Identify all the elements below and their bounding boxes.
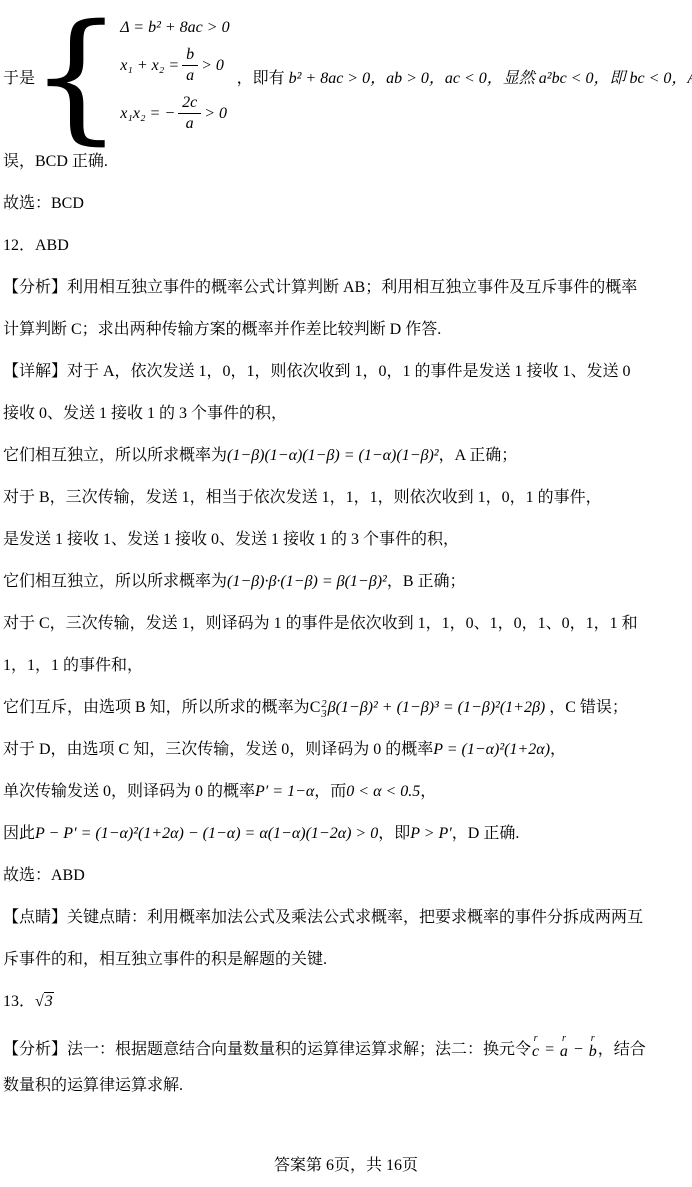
paragraph-line: 它们相互独立，所以所求概率为(1−β)·β·(1−β) = β(1−β)²，B … [3, 572, 689, 592]
paragraph-line: 故选：ABD [3, 866, 689, 886]
paragraph-line: 对于 B，三次传输，发送 1，相当于依次发送 1，1，1，则依次收到 1，0，1… [3, 488, 689, 508]
paragraph-line: 【详解】对于 A，依次发送 1，0，1，则依次收到 1，0，1 的事件是发送 1… [3, 362, 689, 382]
paragraph-line: 12．ABD [3, 236, 689, 256]
vector-letter: a [560, 1044, 568, 1060]
conclusion-label: 即有 [253, 70, 285, 87]
paragraph-line: 【分析】利用相互独立事件的概率公式计算判断 AB；利用相互独立事件及互斥事件的概… [3, 278, 689, 298]
math-run: = [540, 1041, 559, 1058]
system-row-product: x₁x₂ = − 2c a > 0 [120, 94, 227, 133]
paragraph-line: 是发送 1 接收 1、发送 1 接收 0、发送 1 接收 1 的 3 个事件的积… [3, 530, 689, 550]
math-run: (1−β)(1−α)(1−β) = (1−α)(1−β)² [227, 447, 439, 464]
product-lead: x₁x₂ = − [120, 105, 175, 123]
conclusion-math: b² + 8ac > 0，ab > 0，ac < 0，显然 a²bc < 0，即… [285, 70, 692, 87]
left-brace-icon: { [29, 6, 123, 147]
math-run: β(1−β)² + (1−β)³ = (1−β)²(1+2β) [328, 699, 546, 716]
math-run: P − P′ = (1−α)²(1+2α) − (1−α) = α(1−α)(1… [35, 825, 378, 842]
text-run: 【分析】法一：根据题意结合向量数量积的运算律运算求解；法二：换元令 [3, 1041, 531, 1058]
fraction-denominator: a [178, 114, 201, 133]
text-run: ， [550, 741, 566, 758]
math-run: P = (1−α)²(1+2α) [433, 741, 550, 758]
vector-symbol: rc [532, 1034, 539, 1060]
fraction-numerator: 2c [178, 94, 201, 114]
system-rows: Δ = b² + 8ac > 0 x₁ + x₂ = b a > 0 x₁x₂ … [120, 19, 229, 133]
math-run: − [569, 1041, 588, 1058]
text-run: ，而 [314, 783, 346, 800]
vector-symbol: rb [589, 1034, 597, 1060]
system-block: 于是 { Δ = b² + 8ac > 0 x₁ + x₂ = b a > 0 … [3, 6, 689, 146]
radicand: 3 [44, 992, 54, 1010]
text-run: 它们互斥，由选项 B 知，所以所求的概率为 [3, 699, 310, 716]
fraction-denominator: a [182, 66, 198, 85]
paragraph-line: 对于 D，由选项 C 知，三次传输，发送 0，则译码为 0 的概率P = (1−… [3, 740, 689, 760]
fraction-b-over-a: b a [182, 46, 198, 85]
vector-letter: b [589, 1044, 597, 1060]
text-run: 因此 [3, 825, 35, 842]
text-run: 13． [3, 993, 35, 1010]
math-run: P > P′ [410, 825, 452, 842]
paragraph-line: 13．√3 [3, 992, 689, 1012]
paragraph-line: 接收 0、发送 1 接收 1 的 3 个事件的积， [3, 404, 689, 424]
system-row-discriminant: Δ = b² + 8ac > 0 [120, 19, 229, 37]
system-conclusion-text: ，即有 b² + 8ac > 0，ab > 0，ac < 0，显然 a²bc <… [237, 65, 692, 88]
text-run: 它们相互独立，所以所求概率为 [3, 447, 227, 464]
text-run: 单次传输发送 0，则译码为 0 的概率 [3, 783, 255, 800]
paragraph-line: 因此P − P′ = (1−α)²(1+2α) − (1−α) = α(1−α)… [3, 824, 689, 844]
paragraph-line: 【点睛】关键点睛：利用概率加法公式及乘法公式求概率，把要求概率的事件分拆成两两互 [3, 908, 689, 928]
math-run: 0 < α < 0.5 [346, 783, 420, 800]
fraction-2c-over-a: 2c a [178, 94, 201, 133]
paragraph-line: 1，1，1 的事件和， [3, 656, 689, 676]
text-run: 对于 D，由选项 C 知，三次传输，发送 0，则译码为 0 的概率 [3, 741, 433, 758]
text-run: ，即 [378, 825, 410, 842]
solution-text-body: 误，BCD 正确.故选：BCD12．ABD【分析】利用相互独立事件的概率公式计算… [3, 152, 689, 1096]
comma: ， [237, 70, 253, 87]
text-run: ，B 正确； [387, 573, 466, 590]
system-row-sum: x₁ + x₂ = b a > 0 [120, 46, 224, 85]
fraction-numerator: b [182, 46, 198, 66]
combination-indices: 23 [321, 700, 326, 721]
vector-letter: c [532, 1044, 539, 1060]
text-run: ，D 正确. [452, 825, 520, 842]
page-footer: 答案第 6页，共 16页 [0, 1152, 692, 1175]
sum-tail: > 0 [201, 57, 224, 75]
paragraph-line: 故选：BCD [3, 194, 689, 214]
paragraph-line: 对于 C，三次传输，发送 1，则译码为 1 的事件是依次收到 1，1，0、1，0… [3, 614, 689, 634]
text-run: ， [420, 783, 436, 800]
subscript: 3 [321, 710, 326, 721]
combination-symbol: C [310, 699, 321, 716]
text-run: ，结合 [598, 1041, 646, 1058]
document-page: 于是 { Δ = b² + 8ac > 0 x₁ + x₂ = b a > 0 … [0, 0, 692, 1187]
paragraph-line: 单次传输发送 0，则译码为 0 的概率P′ = 1−α，而0 < α < 0.5… [3, 782, 689, 802]
math-run: (1−β)·β·(1−β) = β(1−β)² [227, 573, 387, 590]
paragraph-line: 它们互斥，由选项 B 知，所以所求的概率为C23β(1−β)² + (1−β)³… [3, 698, 689, 718]
paragraph-line: 【分析】法一：根据题意结合向量数量积的运算律运算求解；法二：换元令rc = ra… [3, 1034, 689, 1054]
sqrt-expression: √3 [35, 992, 54, 1010]
sum-lead: x₁ + x₂ = [120, 57, 179, 75]
paragraph-line: 它们相互独立，所以所求概率为(1−β)(1−α)(1−β) = (1−α)(1−… [3, 446, 689, 466]
vector-symbol: ra [560, 1034, 568, 1060]
math-run: P′ = 1−α [255, 783, 314, 800]
product-tail: > 0 [204, 105, 227, 123]
paragraph-line: 计算判断 C；求出两种传输方案的概率并作差比较判断 D 作答. [3, 320, 689, 340]
paragraph-line: 斥事件的和，相互独立事件的积是解题的关键. [3, 950, 689, 970]
paragraph-line: 数量积的运算律运算求解. [3, 1076, 689, 1096]
text-run: ，A 正确； [439, 447, 518, 464]
text-run: 它们相互独立，所以所求概率为 [3, 573, 227, 590]
text-run: ，C 错误； [545, 699, 628, 716]
radical-icon: √ [35, 993, 44, 1010]
